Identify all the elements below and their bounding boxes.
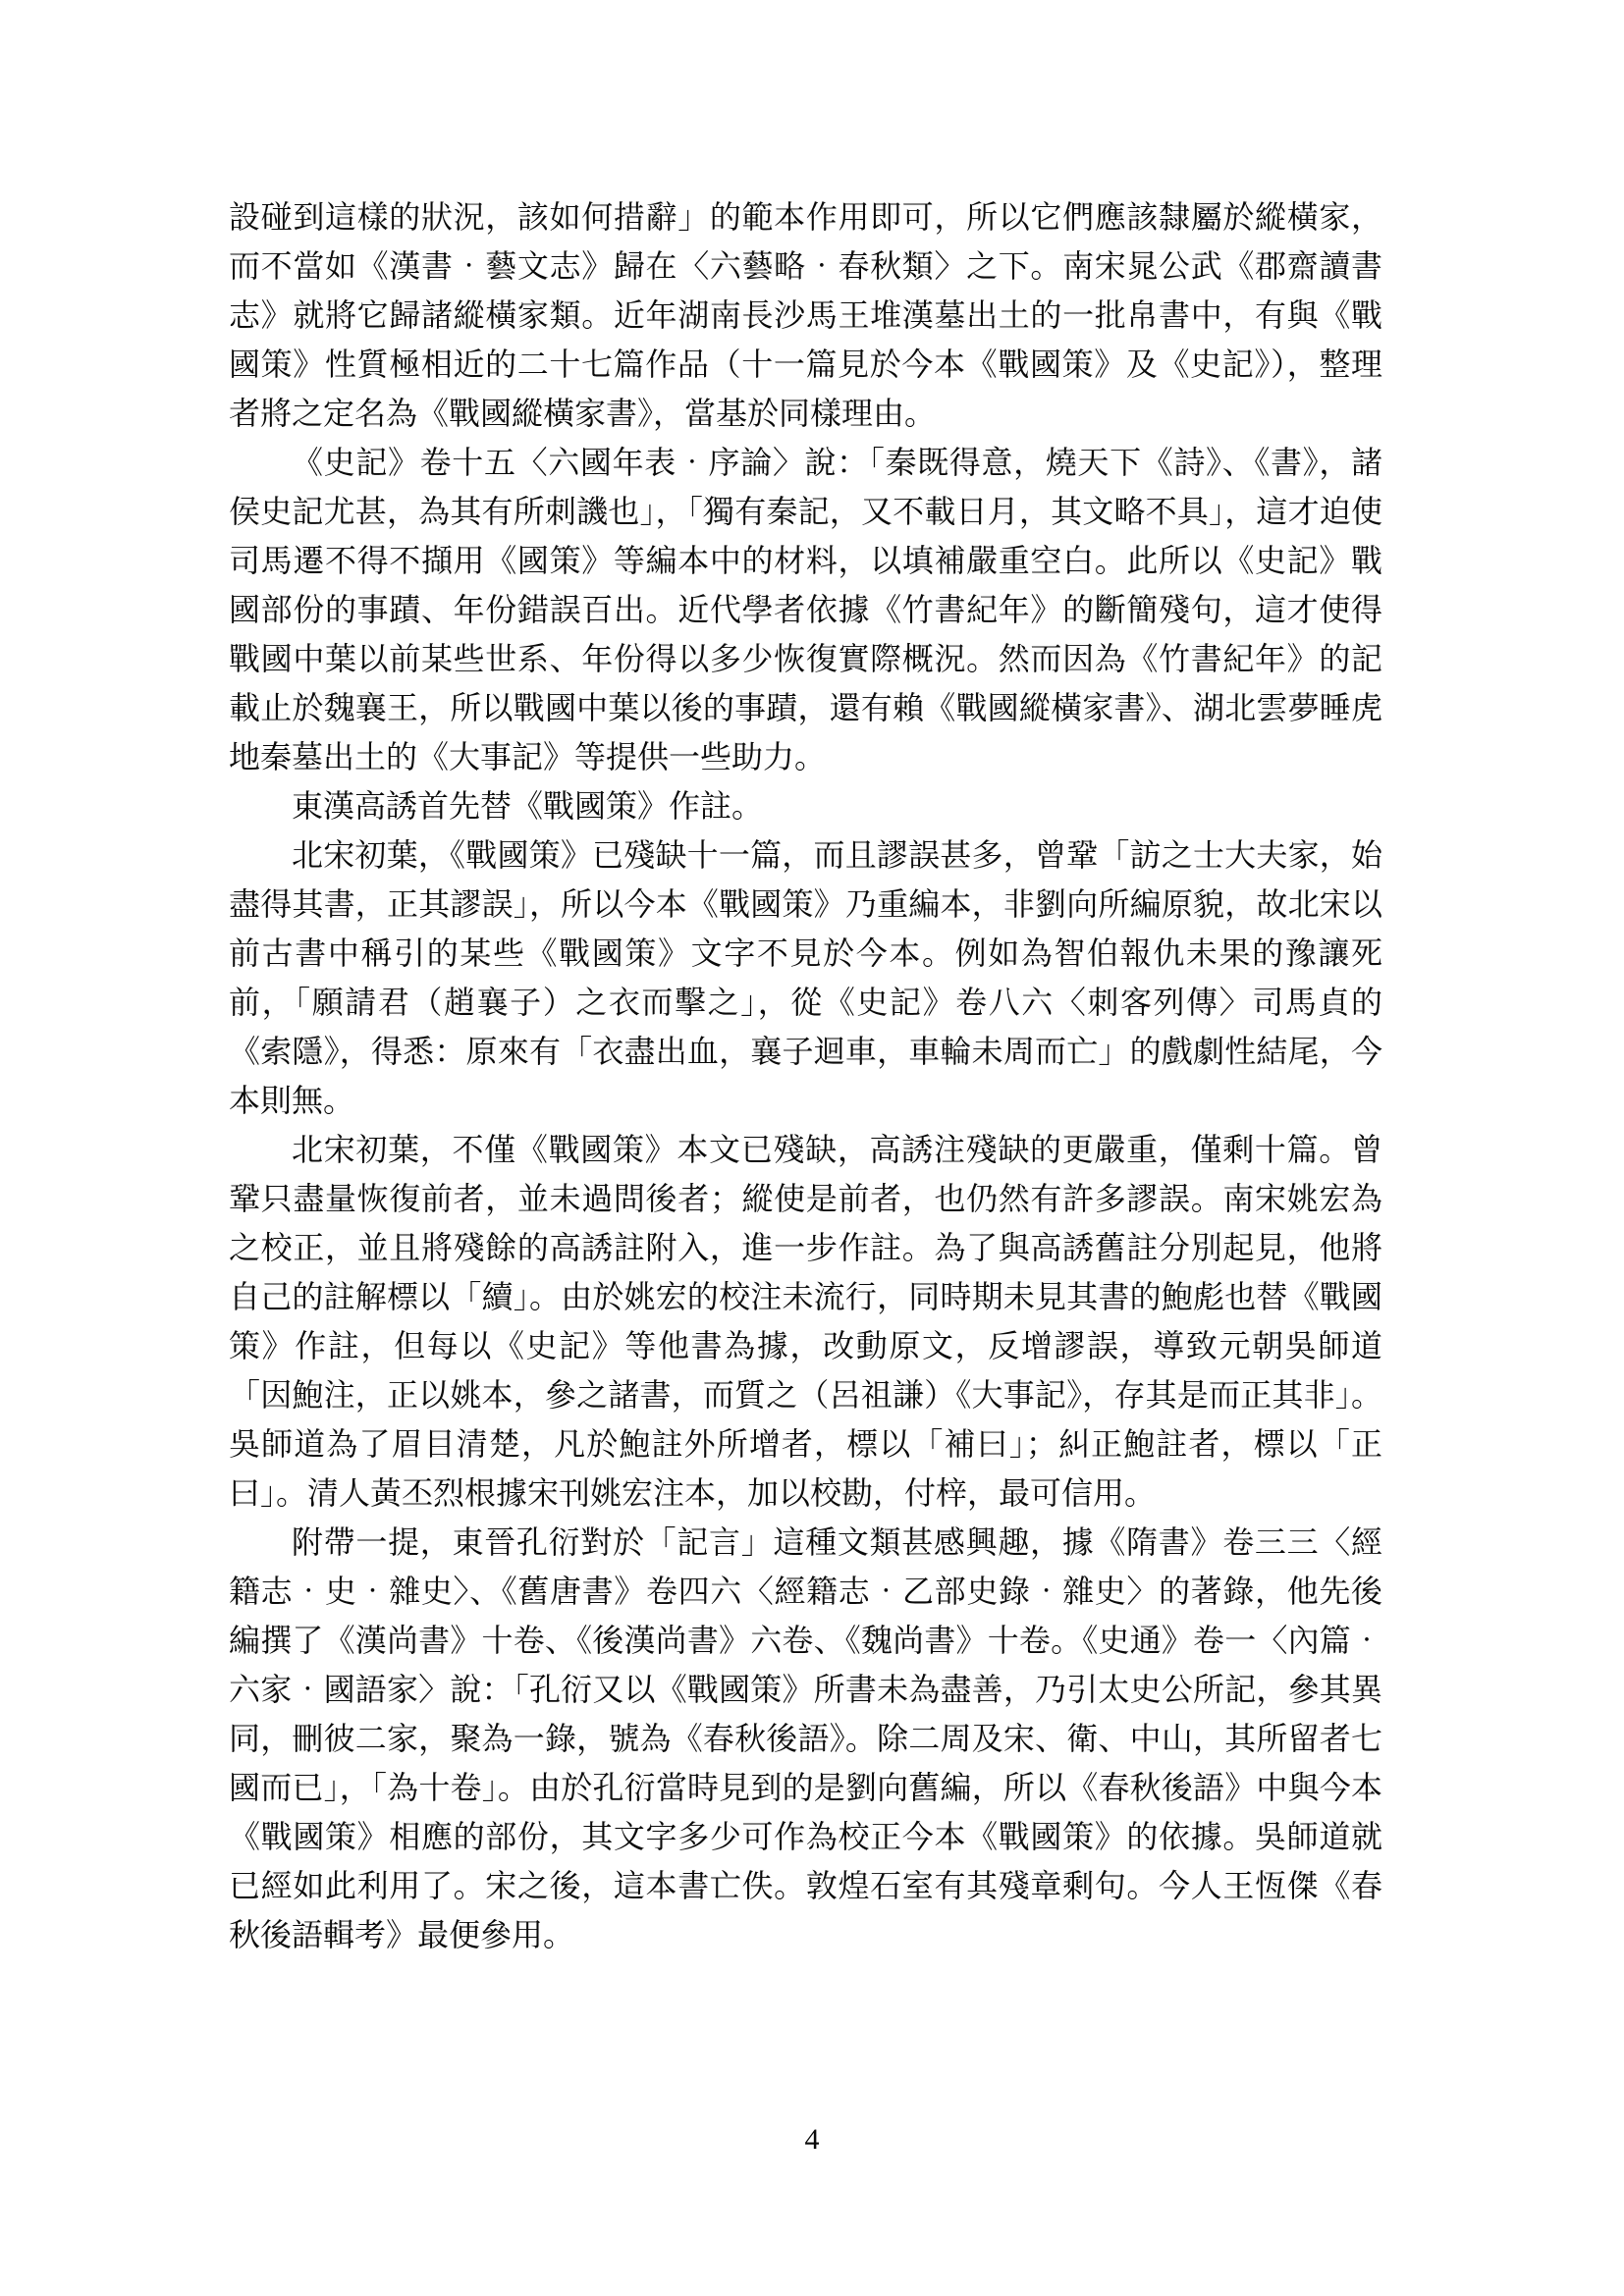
body-paragraph-2: 《史記》卷十五〈六國年表‧序論〉說：「秦既得意，燒天下《詩》、《書》，諸侯史記尤… xyxy=(229,438,1382,781)
body-paragraph-5: 北宋初葉，不僅《戰國策》本文已殘缺，高誘注殘缺的更嚴重，僅剩十篇。曾鞏只盡量恢復… xyxy=(229,1125,1382,1518)
page-number: 4 xyxy=(0,2122,1624,2158)
body-paragraph-1: 設碰到這樣的狀況，該如何措辭」的範本作用即可，所以它們應該隸屬於縱橫家，而不當如… xyxy=(229,192,1382,438)
body-paragraph-3: 東漢高誘首先替《戰國策》作註。 xyxy=(229,781,1382,830)
body-paragraph-6: 附帶一提，東晉孔衍對於「記言」這種文類甚感興趣，據《隋書》卷三三〈經籍志‧史‧雜… xyxy=(229,1518,1382,1959)
document-page: 設碰到這樣的狀況，該如何措辭」的範本作用即可，所以它們應該隸屬於縱橫家，而不當如… xyxy=(0,0,1624,2296)
body-paragraph-4: 北宋初葉，《戰國策》已殘缺十一篇，而且謬誤甚多，曾鞏「訪之士大夫家，始盡得其書，… xyxy=(229,830,1382,1125)
text-block: 設碰到這樣的狀況，該如何措辭」的範本作用即可，所以它們應該隸屬於縱橫家，而不當如… xyxy=(229,192,1382,1959)
